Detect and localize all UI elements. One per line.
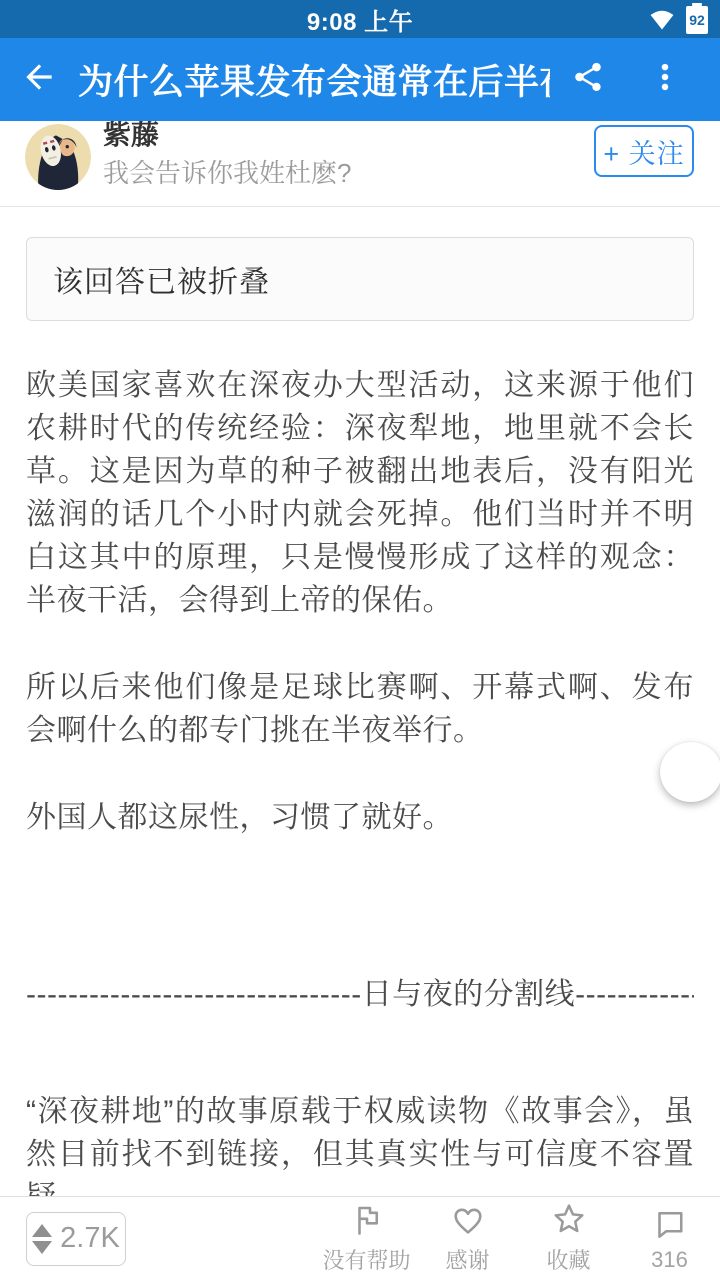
answer-paragraph: 外国人都这尿性，习惯了就好。 [26,796,694,839]
share-button[interactable] [550,38,626,121]
wifi-icon [647,5,677,33]
overflow-dots-icon [648,60,682,99]
author-row: 紫藤 我会告诉你我姓杜麽? + 关注 [0,121,720,206]
floating-ball[interactable] [660,742,720,802]
follow-button[interactable]: + 关注 [594,125,694,177]
flag-icon [349,1202,385,1238]
heart-icon [450,1202,486,1238]
collapsed-notice-text: 该回答已被折叠 [53,257,270,301]
overflow-menu-button[interactable] [626,38,704,121]
back-arrow-icon [20,58,58,101]
vote-arrows [32,1224,52,1254]
collapsed-notice-box: 该回答已被折叠 [26,237,694,321]
answer-paragraph: 欧美国家喜欢在深夜办大型活动，这来源于他们农耕时代的传统经验：深夜犁地，地里就不… [26,364,694,622]
favorite-label: 收藏 [546,1244,590,1275]
avatar[interactable] [25,124,91,190]
author-bio: 我会告诉你我姓杜麽? [103,153,351,190]
no-help-button[interactable]: 没有帮助 [316,1202,417,1275]
answer-content: 该回答已被折叠 欧美国家喜欢在深夜办大型活动，这来源于他们农耕时代的传统经验：深… [0,207,720,1219]
thanks-button[interactable]: 感谢 [417,1202,518,1275]
upvote-icon[interactable] [32,1224,52,1237]
share-icon [571,60,605,99]
battery-icon: 92 [686,6,708,34]
bottom-bar: 2.7K 没有帮助 感谢 收藏 [0,1196,720,1280]
comments-count: 316 [651,1247,688,1273]
page-title: 为什么苹果发布会通常在后半夜... [78,55,550,105]
status-bar: 9:08 上午 92 [0,0,720,38]
star-icon [550,1202,588,1238]
favorite-button[interactable]: 收藏 [518,1202,619,1275]
vote-count: 2.7K [60,1222,120,1255]
no-help-label: 没有帮助 [322,1244,410,1275]
vote-button[interactable]: 2.7K [26,1212,126,1266]
thanks-label: 感谢 [445,1244,489,1275]
status-icons: 92 [647,0,708,38]
action-items: 没有帮助 感谢 收藏 316 [316,1202,720,1275]
status-time: 9:08 上午 [307,2,413,37]
answer-divider-text: --------------------------------日与夜的分割线-… [26,973,694,1016]
back-button[interactable] [0,38,78,121]
downvote-icon[interactable] [32,1241,52,1254]
screen: 9:08 上午 92 为什么苹果发布会通常在后半夜... [0,0,720,1280]
comment-icon [652,1205,688,1241]
comments-button[interactable]: 316 [619,1202,720,1275]
answer-paragraph: 所以后来他们像是足球比赛啊、开幕式啊、发布会啊什么的都专门挑在半夜举行。 [26,666,694,752]
battery-level: 92 [689,12,705,28]
app-bar: 为什么苹果发布会通常在后半夜... [0,38,720,121]
